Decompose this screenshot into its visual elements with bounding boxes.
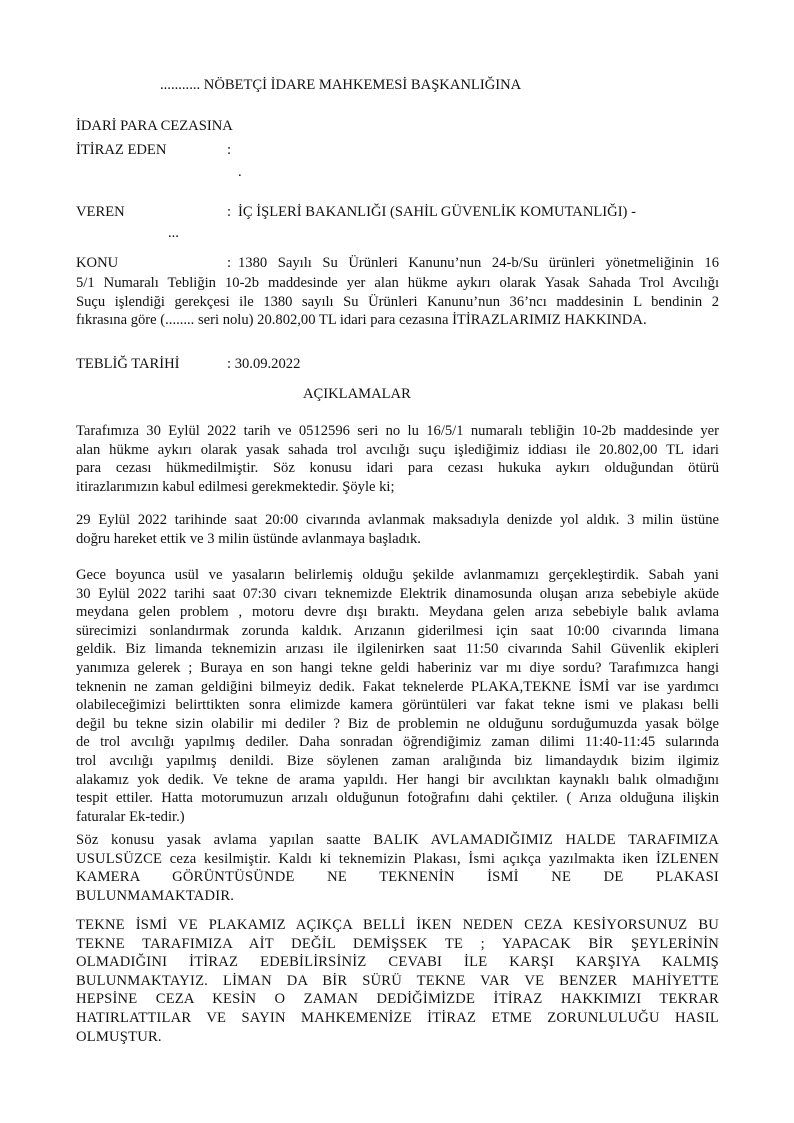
paragraph-line: sürecimizi sonlandırmak zorunda kaldık. … [76, 622, 719, 641]
paragraph-line: TEKNE İSMİ VE PLAKAMIZ AÇIKÇA BELLİ İKEN… [76, 916, 719, 935]
paragraph-line: faturalar Ek-tedir.) [76, 808, 719, 827]
issuer-continuation: ... [168, 224, 179, 242]
document-page: ........... NÖBETÇİ İDARE MAHKEMESİ BAŞK… [0, 0, 794, 1123]
objector-value: . [238, 163, 242, 181]
paragraph-line: de trol avcılığı yapılmış dediler. Daha … [76, 733, 719, 752]
section-title: AÇIKLAMALAR [303, 385, 411, 403]
konu-first-line-block: 1380 Sayılı Su Ürünleri Kanunu’nun 24-b/… [238, 254, 719, 273]
paragraph-line: yanımıza gelerek ; Buraya en son hangi t… [76, 659, 719, 678]
paragraph-line: Tarafımıza 30 Eylül 2022 tarih ve 051259… [76, 422, 719, 441]
konu-line: 5/1 Numaralı Tebliğin 10-2b maddesinde y… [76, 274, 719, 293]
paragraph-line: 29 Eylül 2022 tarihinde saat 20:00 civar… [76, 511, 719, 530]
paragraph-line: olabileceğimizi belirttikten sonra elimi… [76, 696, 719, 715]
paragraph-line: OLMUŞTUR. [76, 1028, 719, 1047]
paragraph-line: alan hükme aykırı olarak yasak sahada tr… [76, 441, 719, 460]
objector-label: İTİRAZ EDEN [76, 141, 166, 159]
paragraph-line: 30 Eylül 2022 tarihi saat 07:30 civarı t… [76, 585, 719, 604]
paragraph-line: itirazlarımızın kabul edilmesi gerekmekt… [76, 478, 719, 497]
paragraph-line: meydana gelen problem , motoru devre dış… [76, 603, 719, 622]
konu-line: fıkrasına göre (........ seri nolu) 20.8… [76, 311, 719, 330]
paragraph-objection: Söz konusu yasak avlama yapılan saatte B… [76, 831, 719, 905]
paragraph-line: OLMADIĞINI İTİRAZ EDEBİLİRSİNİZ CEVABI İ… [76, 953, 719, 972]
konu-colon: : [227, 254, 231, 272]
paragraph-line: alakamız yok dedik. Ve tekne de arama ya… [76, 771, 719, 790]
paragraph-line: para cezası hükmedilmiştir. Söz konusu i… [76, 459, 719, 478]
paragraph-line: BULUNMAKTAYIZ. LİMAN DA BİR SÜRÜ TEKNE V… [76, 972, 719, 991]
objector-colon: : [227, 141, 231, 159]
paragraph-line: Söz konusu yasak avlama yapılan saatte B… [76, 831, 719, 850]
paragraph-line: doğru hareket ettik ve 3 milin üstünde a… [76, 530, 719, 549]
paragraph-line: trol avcılığı yapılmış denildi. Bize söy… [76, 752, 719, 771]
subject-line: İDARİ PARA CEZASINA [76, 117, 233, 135]
paragraph-departure: 29 Eylül 2022 tarihinde saat 20:00 civar… [76, 511, 719, 548]
paragraph-line: BULUNMAMAKTADIR. [76, 887, 719, 906]
paragraph-line: HATIRLATTILAR VE SAYIN MAHKEMENİZE İTİRA… [76, 1009, 719, 1028]
paragraph-line: değil bu tekne sizin olabilir mi dediler… [76, 715, 719, 734]
issuer-value: İÇ İŞLERİ BAKANLIĞI (SAHİL GÜVENLİK KOMU… [238, 203, 636, 221]
paragraph-line: HEPSİNE CEZA KESİN O ZAMAN DEDİĞİMİZDE İ… [76, 990, 719, 1009]
paragraph-line: teknenin ne zaman geldiğini bilmeyiz ded… [76, 678, 719, 697]
konu-line: 1380 Sayılı Su Ürünleri Kanunu’nun 24-b/… [238, 254, 719, 273]
paragraph-conclusion: TEKNE İSMİ VE PLAKAMIZ AÇIKÇA BELLİ İKEN… [76, 916, 719, 1046]
paragraph-line: KAMERA GÖRÜNTÜSÜNDE NE TEKNENİN İSMİ NE … [76, 868, 719, 887]
paragraph-events: Gece boyunca usül ve yasaların belirlemi… [76, 566, 719, 826]
paragraph-line: TEKNE TARAFIMIZA AİT DEĞİL DEMİŞSEK TE ;… [76, 935, 719, 954]
teblig-label: TEBLİĞ TARİHİ [76, 355, 180, 373]
paragraph-line: USULSÜZCE ceza kesilmiştir. Kaldı ki tek… [76, 850, 719, 869]
paragraph-line: Gece boyunca usül ve yasaların belirlemi… [76, 566, 719, 585]
paragraph-line: geldik. Biz limanda teknemizin arızası i… [76, 640, 719, 659]
paragraph-intro: Tarafımıza 30 Eylül 2022 tarih ve 051259… [76, 422, 719, 496]
konu-line: Suçu işlendiği gerekçesi ile 1380 sayılı… [76, 293, 719, 312]
teblig-date: : 30.09.2022 [227, 355, 300, 373]
issuer-label: VEREN [76, 203, 125, 221]
konu-label: KONU [76, 254, 118, 272]
konu-text: 5/1 Numaralı Tebliğin 10-2b maddesinde y… [76, 274, 719, 330]
issuer-colon: : [227, 203, 231, 221]
court-title: ........... NÖBETÇİ İDARE MAHKEMESİ BAŞK… [160, 76, 521, 94]
paragraph-line: tespit ettiler. Hatta motorumuzun arızal… [76, 789, 719, 808]
